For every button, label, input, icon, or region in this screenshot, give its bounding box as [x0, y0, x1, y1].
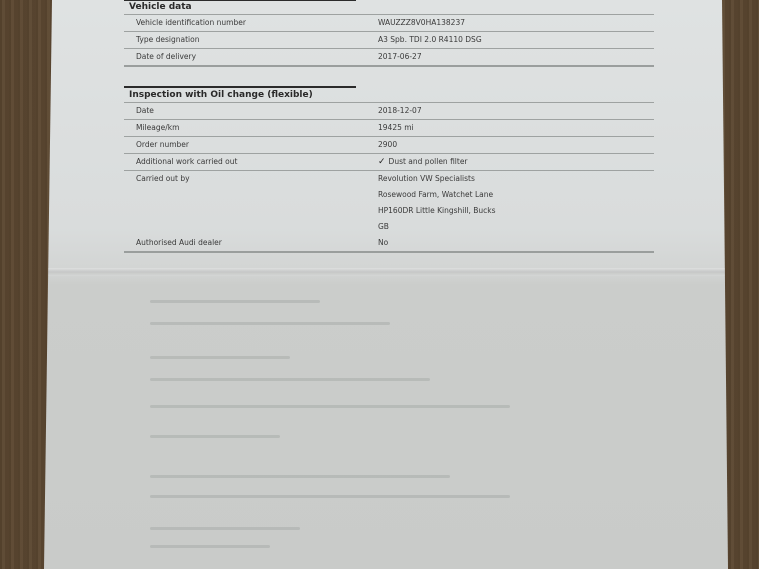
row-value: ✓Dust and pollen filter [378, 154, 654, 170]
row-label: Order number [124, 137, 378, 153]
table-row: Date 2018-12-07 [124, 102, 654, 120]
checkmark-icon: ✓ [378, 157, 386, 167]
show-through-line [150, 378, 430, 381]
table-row: Order number 2900 [124, 137, 654, 154]
section-title-inspection: Inspection with Oil change (flexible) [124, 89, 654, 102]
show-through-line [150, 405, 510, 408]
table-row: Authorised Audi dealer No [124, 235, 654, 253]
show-through-line [150, 322, 390, 325]
address-line: HP160DR Little Kingshill, Bucks [378, 203, 654, 219]
row-label: Mileage/km [124, 120, 378, 136]
row-value: 19425 mi [378, 120, 654, 136]
row-value: No [378, 235, 654, 251]
show-through-line [150, 475, 450, 478]
show-through-line [150, 527, 300, 530]
paper-fold [44, 268, 728, 276]
show-through-line [150, 545, 270, 548]
table-row: Vehicle identification number WAUZZZ8V0H… [124, 14, 654, 32]
table-row: Type designation A3 Spb. TDI 2.0 R4110 D… [124, 32, 654, 49]
section-bar [124, 86, 356, 88]
row-label: Type designation [124, 32, 378, 48]
row-value: A3 Spb. TDI 2.0 R4110 DSG [378, 32, 654, 48]
row-value: 2018-12-07 [378, 103, 654, 119]
show-through-line [150, 495, 510, 498]
service-record: Vehicle data Vehicle identification numb… [124, 0, 654, 253]
address-line: GB [378, 219, 654, 235]
show-through-line [150, 435, 280, 438]
row-value: 2017-06-27 [378, 49, 654, 65]
row-label: Authorised Audi dealer [124, 235, 378, 251]
table-row: Mileage/km 19425 mi [124, 120, 654, 137]
row-label: Vehicle identification number [124, 15, 378, 31]
row-label: Carried out by [124, 171, 378, 235]
row-value: WAUZZZ8V0HA138237 [378, 15, 654, 31]
address-line: Rosewood Farm, Watchet Lane [378, 187, 654, 203]
additional-work-text: Dust and pollen filter [389, 157, 468, 166]
row-label: Date [124, 103, 378, 119]
table-row: Date of delivery 2017-06-27 [124, 49, 654, 67]
section-title-vehicle-data: Vehicle data [124, 1, 654, 14]
show-through-line [150, 356, 290, 359]
show-through-line [150, 300, 320, 303]
table-row: Additional work carried out ✓Dust and po… [124, 154, 654, 171]
row-label: Additional work carried out [124, 154, 378, 170]
row-value-address: Revolution VW Specialists Rosewood Farm,… [378, 171, 654, 235]
table-row: Carried out by Revolution VW Specialists… [124, 171, 654, 235]
row-value: 2900 [378, 137, 654, 153]
address-line: Revolution VW Specialists [378, 171, 654, 187]
row-label: Date of delivery [124, 49, 378, 65]
